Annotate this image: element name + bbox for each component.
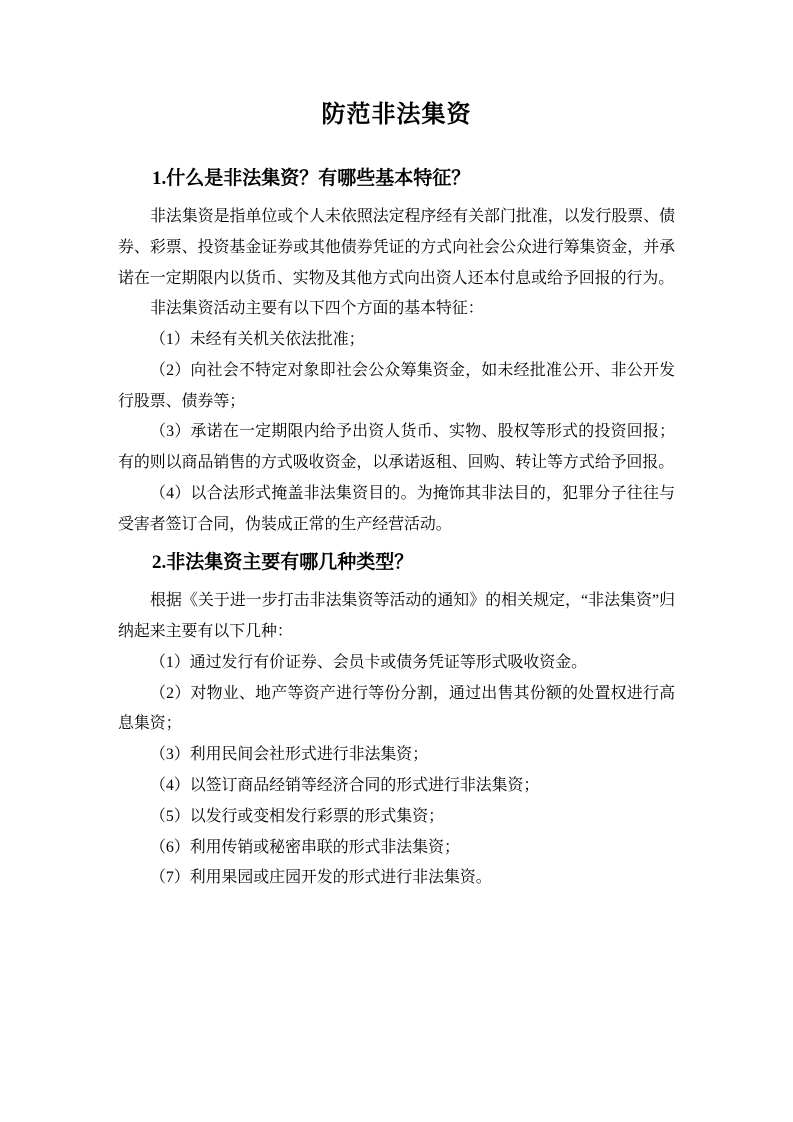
section-1-feature-item-4: （4）以合法形式掩盖非法集资目的。为掩饰其非法目的，犯罪分子往往与受害者签订合同… <box>118 479 675 541</box>
section-1-feature-item-2: （2）向社会不特定对象即社会公众筹集资金，如未经批准公开、非公开发行股票、债券等… <box>118 356 675 418</box>
section-1-paragraph-definition: 非法集资是指单位或个人未依照法定程序经有关部门批准，以发行股票、债券、彩票、投资… <box>118 202 675 294</box>
document-title: 防范非法集资 <box>118 99 675 131</box>
section-2-type-item-3: （3）利用民间会社形式进行非法集资； <box>118 740 675 771</box>
section-2-type-item-5: （5）以发行或变相发行彩票的形式集资； <box>118 802 675 833</box>
section-1-heading: 1.什么是非法集资？有哪些基本特征？ <box>118 163 675 194</box>
document-page: 防范非法集资 1.什么是非法集资？有哪些基本特征？ 非法集资是指单位或个人未依照… <box>0 0 793 1122</box>
section-2-heading: 2.非法集资主要有哪几种类型？ <box>118 547 675 578</box>
section-2-type-item-2: （2）对物业、地产等资产进行等份分割，通过出售其份额的处置权进行高息集资； <box>118 679 675 741</box>
section-2-type-item-6: （6）利用传销或秘密串联的形式非法集资； <box>118 833 675 864</box>
section-2-type-item-1: （1）通过发行有价证券、会员卡或债务凭证等形式吸收资金。 <box>118 648 675 679</box>
section-2-type-item-4: （4）以签订商品经销等经济合同的形式进行非法集资； <box>118 771 675 802</box>
section-1-paragraph-features-intro: 非法集资活动主要有以下四个方面的基本特征： <box>118 294 675 325</box>
document-content: 防范非法集资 1.什么是非法集资？有哪些基本特征？ 非法集资是指单位或个人未依照… <box>118 99 675 894</box>
section-2-type-item-7: （7）利用果园或庄园开发的形式进行非法集资。 <box>118 863 675 894</box>
section-1-feature-item-3: （3）承诺在一定期限内给予出资人货币、实物、股权等形式的投资回报；有的则以商品销… <box>118 417 675 479</box>
section-2-paragraph-intro: 根据《关于进一步打击非法集资等活动的通知》的相关规定，“非法集资”归纳起来主要有… <box>118 586 675 648</box>
section-1-feature-item-1: （1）未经有关机关依法批准； <box>118 325 675 356</box>
